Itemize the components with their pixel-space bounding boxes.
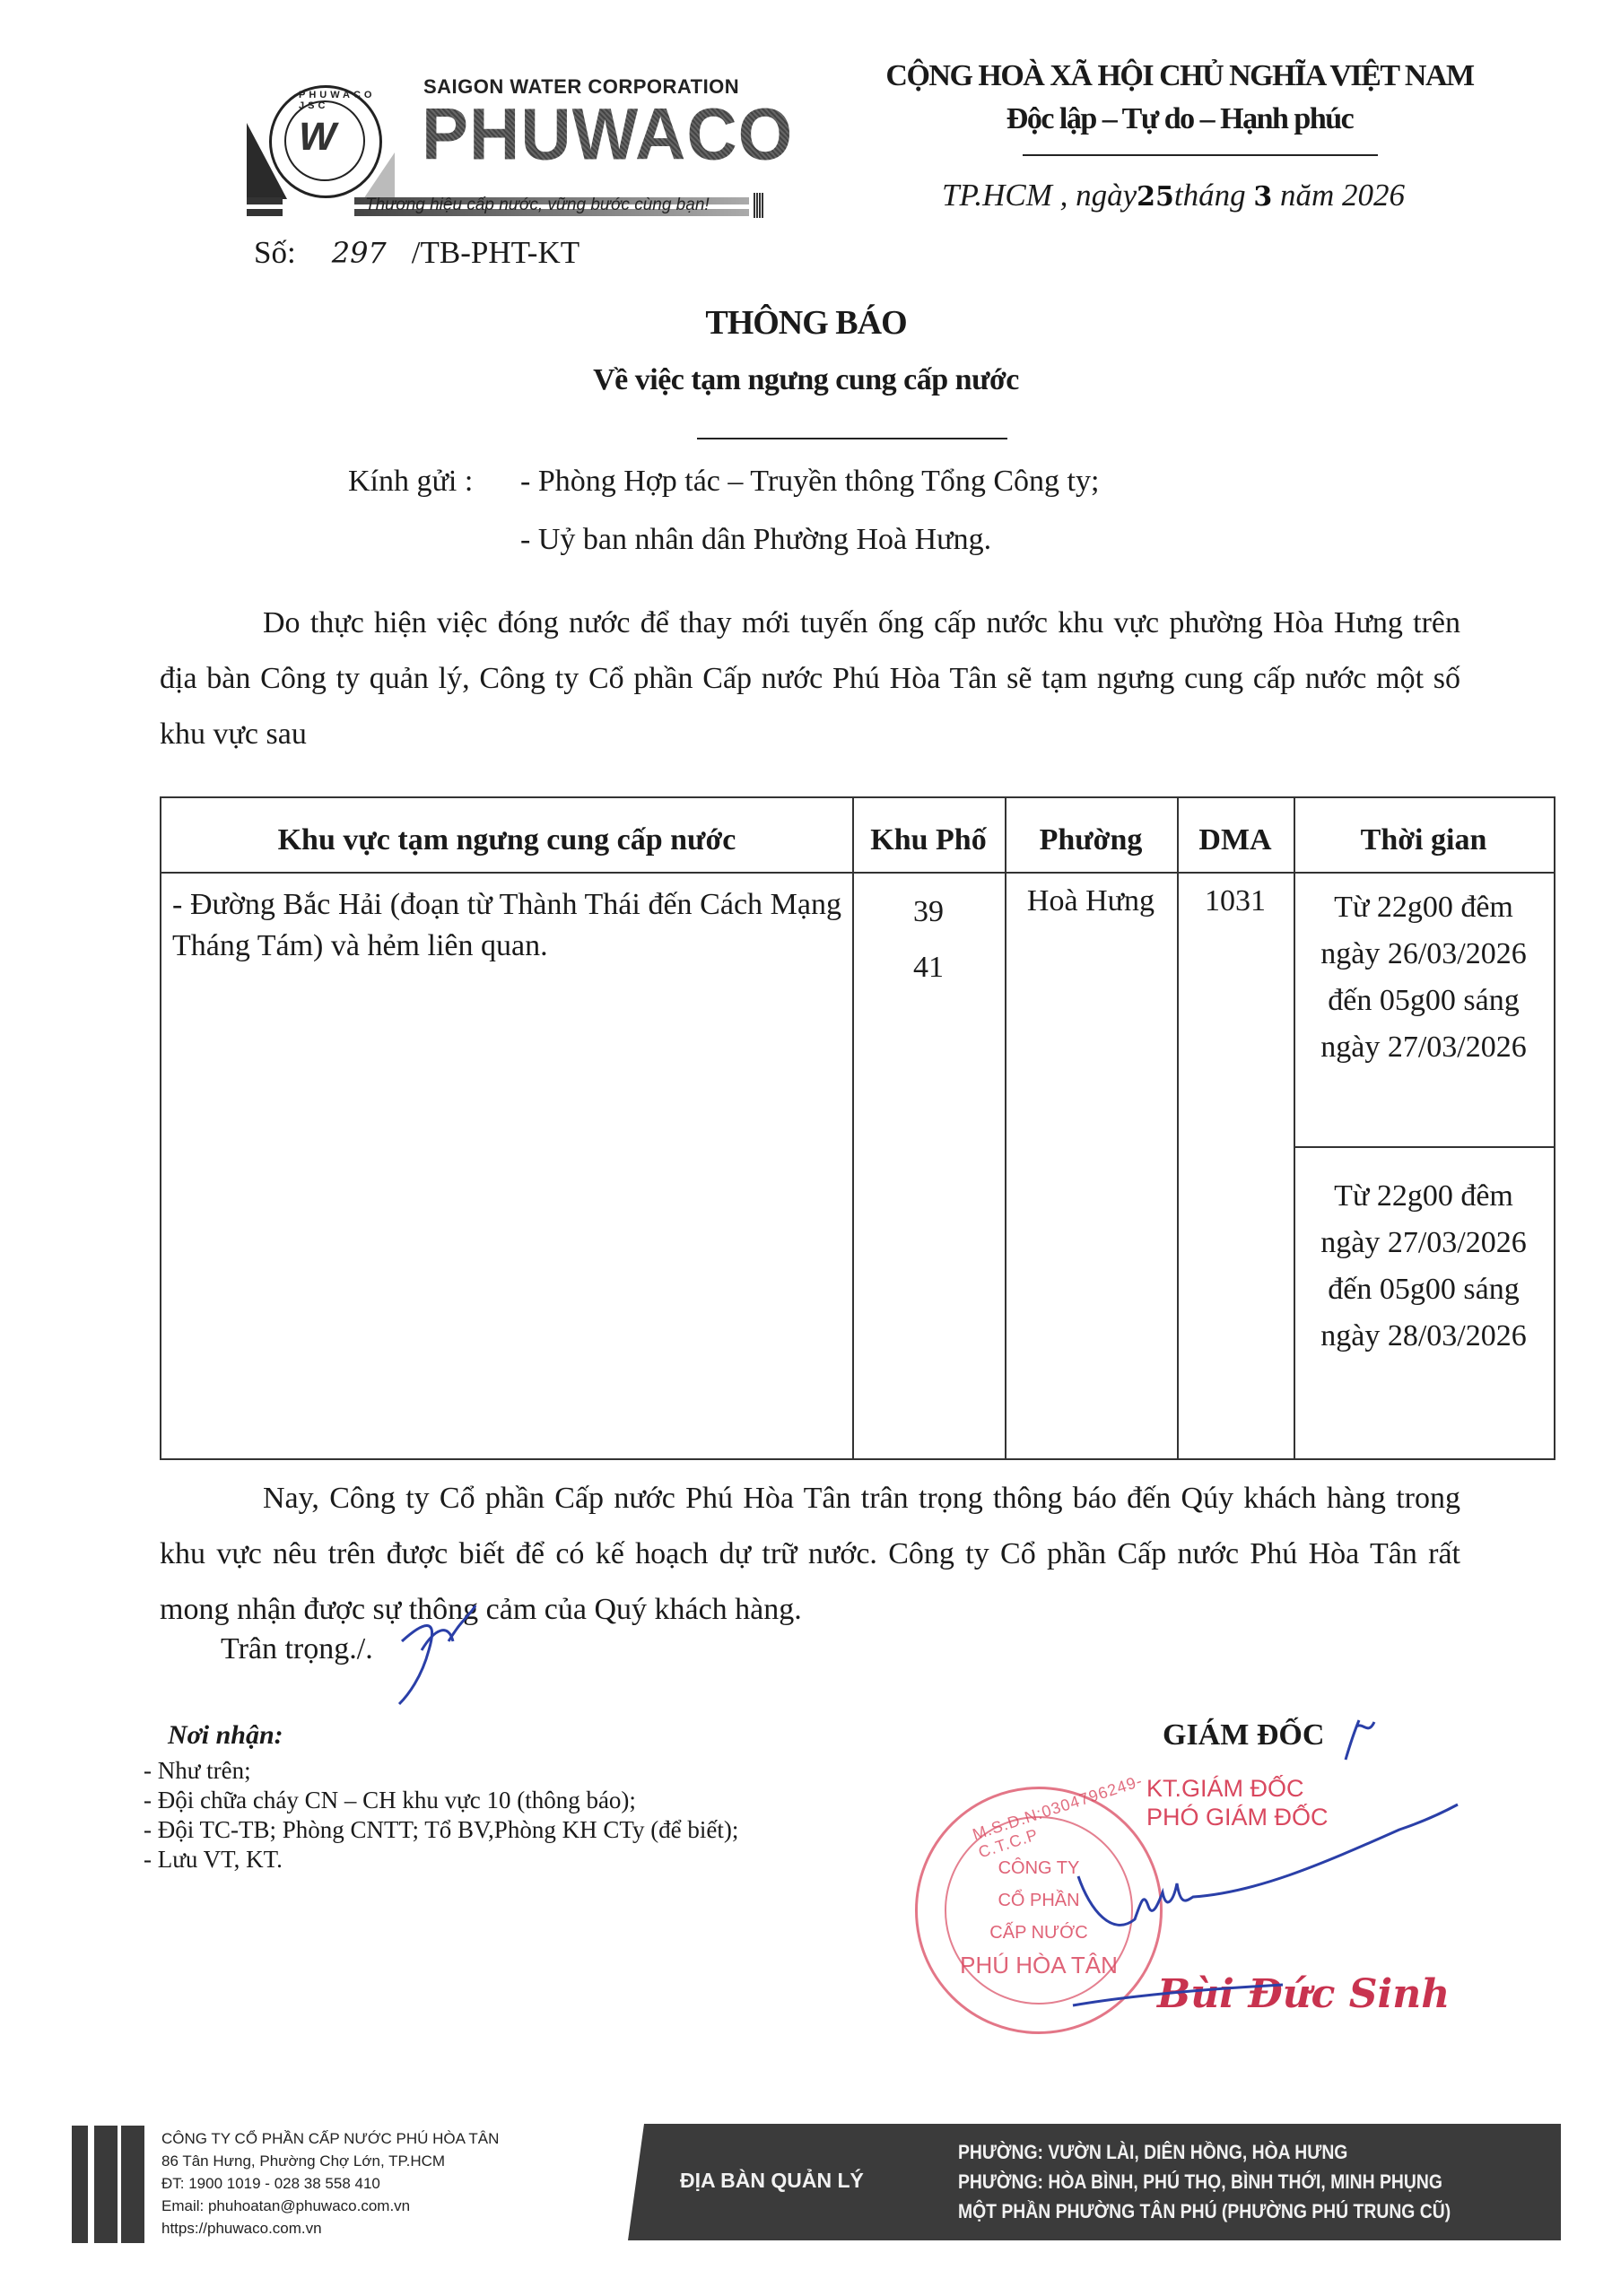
signer-position: PHÓ GIÁM ĐỐC — [1146, 1803, 1329, 1831]
closing-paragraph-text: Nay, Công ty Cổ phần Cấp nước Phú Hòa Tâ… — [160, 1482, 1460, 1626]
table-header-divider — [161, 872, 1554, 874]
on-behalf-label: KT.GIÁM ĐỐC — [1146, 1774, 1329, 1803]
country-header: CỘNG HOÀ XÃ HỘI CHỦ NGHĨA VIỆT NAM — [875, 59, 1485, 93]
distribution-item: Đội TC-TB; Phòng CNTT; Tổ BV,Phòng KH CT… — [144, 1815, 738, 1845]
stamp-line: CỔ PHẦN — [946, 1884, 1131, 1917]
dateline-day: 25 — [1137, 181, 1174, 213]
dateline: TP.HCM , ngày25tháng 3 năm 2026 — [942, 178, 1405, 213]
table-header-area: Khu vực tạm ngưng cung cấp nước — [161, 823, 852, 857]
document-number-label: Số: — [254, 235, 296, 270]
distribution-item: Lưu VT, KT. — [144, 1845, 738, 1874]
time-line: ngày 27/03/2026 — [1294, 1220, 1554, 1266]
logo-stripe — [247, 209, 283, 216]
footer-bar — [72, 2126, 88, 2243]
distribution-label: Nơi nhận: — [168, 1720, 283, 1751]
footer-area-item: PHƯỜNG: HÒA BÌNH, PHÚ THỌ, BÌNH THỚI, MI… — [958, 2167, 1451, 2196]
logo-triangle-mid — [363, 152, 395, 199]
time-line: đến 05g00 sáng — [1294, 978, 1554, 1024]
footer-phone: ĐT: 1900 1019 - 028 38 558 410 — [161, 2172, 499, 2195]
recipient-item: - Uỷ ban nhân dân Phường Hoà Hưng. — [520, 523, 991, 557]
table-cell-area: - Đường Bắc Hải (đoạn từ Thành Thái đến … — [172, 884, 841, 967]
table-header-khu-pho: Khu Phố — [852, 823, 1005, 857]
stamp-line: PHÚ HÒA TÂN — [946, 1949, 1131, 1981]
time-line: Từ 22g00 đêm — [1294, 1173, 1554, 1220]
footer-email[interactable]: Email: phuhoatan@phuwaco.com.vn — [161, 2195, 499, 2217]
divider — [697, 438, 1007, 439]
signer-name: Bùi Đức Sinh — [1157, 1971, 1450, 2017]
table-header-phuong: Phường — [1005, 823, 1177, 857]
slogan: Thương hiệu cấp nước, vững bước cùng bạn… — [365, 196, 710, 215]
time-line: đến 05g00 sáng — [1294, 1266, 1554, 1313]
table-cell-dma: 1031 — [1177, 884, 1294, 918]
table-row-divider — [1294, 1146, 1554, 1148]
dateline-year: năm 2026 — [1280, 178, 1405, 213]
khu-pho-value: 39 — [852, 884, 1005, 940]
logo-barcode-icon — [754, 193, 764, 218]
logo-seal-text: PHUWACO JSC — [299, 90, 379, 111]
table-header-dma: DMA — [1177, 823, 1294, 857]
time-line: ngày 26/03/2026 — [1294, 931, 1554, 978]
time-line: ngày 28/03/2026 — [1294, 1313, 1554, 1360]
footer-area-list: PHƯỜNG: VƯỜN LÀI, DIÊN HỒNG, HÒA HƯNG PH… — [958, 2137, 1451, 2226]
footer-area-item: MỘT PHẦN PHƯỜNG TÂN PHÚ (PHƯỜNG PHÚ TRUN… — [958, 2196, 1451, 2226]
stamp-line: CÔNG TY — [946, 1852, 1131, 1884]
footer-area-item: PHƯỜNG: VƯỜN LÀI, DIÊN HỒNG, HÒA HƯNG — [958, 2137, 1451, 2167]
dateline-month-label: tháng — [1174, 178, 1246, 213]
stamp-inner-ring: CÔNG TY CỔ PHẦN CẤP NƯỚC PHÚ HÒA TÂN — [945, 1816, 1133, 2005]
footer-website-link[interactable]: https://phuwaco.com.vn — [161, 2217, 499, 2239]
document-number-handwritten: 297 — [332, 236, 387, 270]
stamp-text: CÔNG TY CỔ PHẦN CẤP NƯỚC PHÚ HÒA TÂN — [946, 1852, 1131, 1981]
distribution-item: Như trên; — [144, 1756, 738, 1786]
footer-address: 86 Tân Hưng, Phường Chợ Lớn, TP.HCM — [161, 2150, 499, 2172]
divider — [1023, 154, 1378, 156]
dateline-month: 3 — [1253, 181, 1272, 213]
time-line: ngày 27/03/2026 — [1294, 1024, 1554, 1071]
khu-pho-value: 41 — [852, 940, 1005, 996]
document-number: Số:297/TB-PHT-KT — [254, 235, 579, 271]
logo-stripe — [247, 197, 283, 204]
footer-contact: CÔNG TY CỔ PHẦN CẤP NƯỚC PHÚ HÒA TÂN 86 … — [161, 2127, 499, 2239]
footer-area-label: ĐỊA BÀN QUẢN LÝ — [680, 2169, 864, 2193]
table-cell-time-1: Từ 22g00 đêm ngày 26/03/2026 đến 05g00 s… — [1294, 884, 1554, 1071]
recipient-item: - Phòng Hợp tác – Truyền thông Tổng Công… — [520, 465, 1099, 499]
document-subtitle: Về việc tạm ngưng cung cấp nước — [0, 363, 1612, 397]
intro-paragraph-text: Do thực hiện việc đóng nước để thay mới … — [160, 606, 1460, 751]
stamp-line: CẤP NƯỚC — [946, 1917, 1131, 1949]
national-motto: Độc lập – Tự do – Hạnh phúc — [875, 102, 1485, 136]
table-cell-khu-pho: 39 41 — [852, 884, 1005, 996]
footer-bar — [94, 2126, 118, 2243]
recipients-label: Kính gửi : — [348, 465, 473, 499]
intro-paragraph: Do thực hiện việc đóng nước để thay mới … — [160, 596, 1460, 762]
dateline-place: TP.HCM , ngày — [942, 178, 1137, 213]
closing-salutation: Trân trọng./. — [221, 1632, 373, 1666]
document-number-code: /TB-PHT-KT — [412, 235, 579, 270]
distribution-list: Như trên; Đội chữa cháy CN – CH khu vực … — [144, 1756, 738, 1874]
footer-bar — [121, 2126, 144, 2243]
signer-authority: KT.GIÁM ĐỐC PHÓ GIÁM ĐỐC — [1146, 1774, 1329, 1831]
table-cell-phuong: Hoà Hưng — [1005, 884, 1177, 918]
table-cell-time-2: Từ 22g00 đêm ngày 27/03/2026 đến 05g00 s… — [1294, 1173, 1554, 1360]
signer-title: GIÁM ĐỐC — [1163, 1718, 1324, 1752]
footer-company: CÔNG TY CỔ PHẦN CẤP NƯỚC PHÚ HÒA TÂN — [161, 2127, 499, 2150]
brand-name: PHUWACO — [422, 97, 793, 170]
closing-paragraph: Nay, Công ty Cổ phần Cấp nước Phú Hòa Tâ… — [160, 1471, 1460, 1638]
outage-table: Khu vực tạm ngưng cung cấp nước Khu Phố … — [160, 796, 1555, 1460]
document-title: THÔNG BÁO — [0, 303, 1612, 343]
company-stamp-icon: M.S.D.N:0304796249-C.T.C.P CÔNG TY CỔ PH… — [915, 1787, 1163, 2034]
distribution-item: Đội chữa cháy CN – CH khu vực 10 (thông … — [144, 1786, 738, 1815]
table-header-time: Thời gian — [1294, 823, 1554, 857]
time-line: Từ 22g00 đêm — [1294, 884, 1554, 931]
